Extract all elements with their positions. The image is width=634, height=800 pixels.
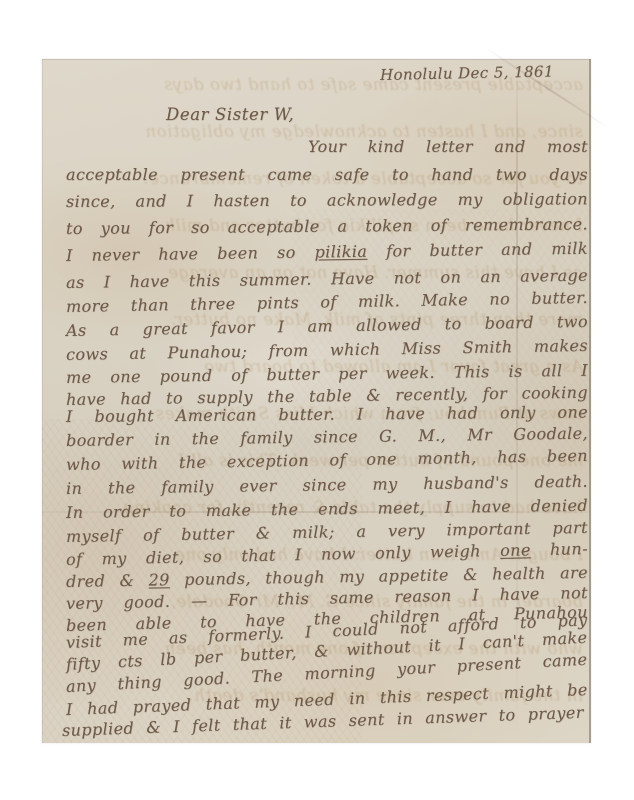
letter-line: As a great favor I am allowed to board t… [66,312,588,340]
paper-crease-diagonal [484,46,611,129]
letter-dateline: Honolulu Dec 5, 1861 [380,62,554,84]
letter-opening-line: Your kind letter and most [308,137,588,156]
letter-line: cows at Punahou; from which Miss Smith m… [66,336,588,364]
scan-background: acceptable present came safe to hand two… [0,0,634,800]
letter-line: in the family ever since my husband's de… [66,472,588,498]
letter-line: I bought American butter. I have had onl… [66,402,588,426]
letter-line: who with the exception of one month, has… [66,446,588,474]
letter-line: In order to make the ends meet, I have d… [66,496,588,522]
letter-line: to you for so acceptable a token of reme… [66,214,588,238]
letter-line: since, and I hasten to acknowledge my ob… [66,189,588,211]
letter-line: more than three pints of milk. Make no b… [66,288,588,316]
letter-line: as I have this summer. Have not on an av… [66,266,588,292]
letter-line: acceptable present came safe to hand two… [66,165,588,184]
letter-page: acceptable present came safe to hand two… [42,59,591,743]
letter-salutation: Dear Sister W, [166,105,294,124]
letter-line: I never have been so pilikia for butter … [66,239,588,265]
letter-line: boarder in the family since G. M., Mr Go… [66,424,588,450]
